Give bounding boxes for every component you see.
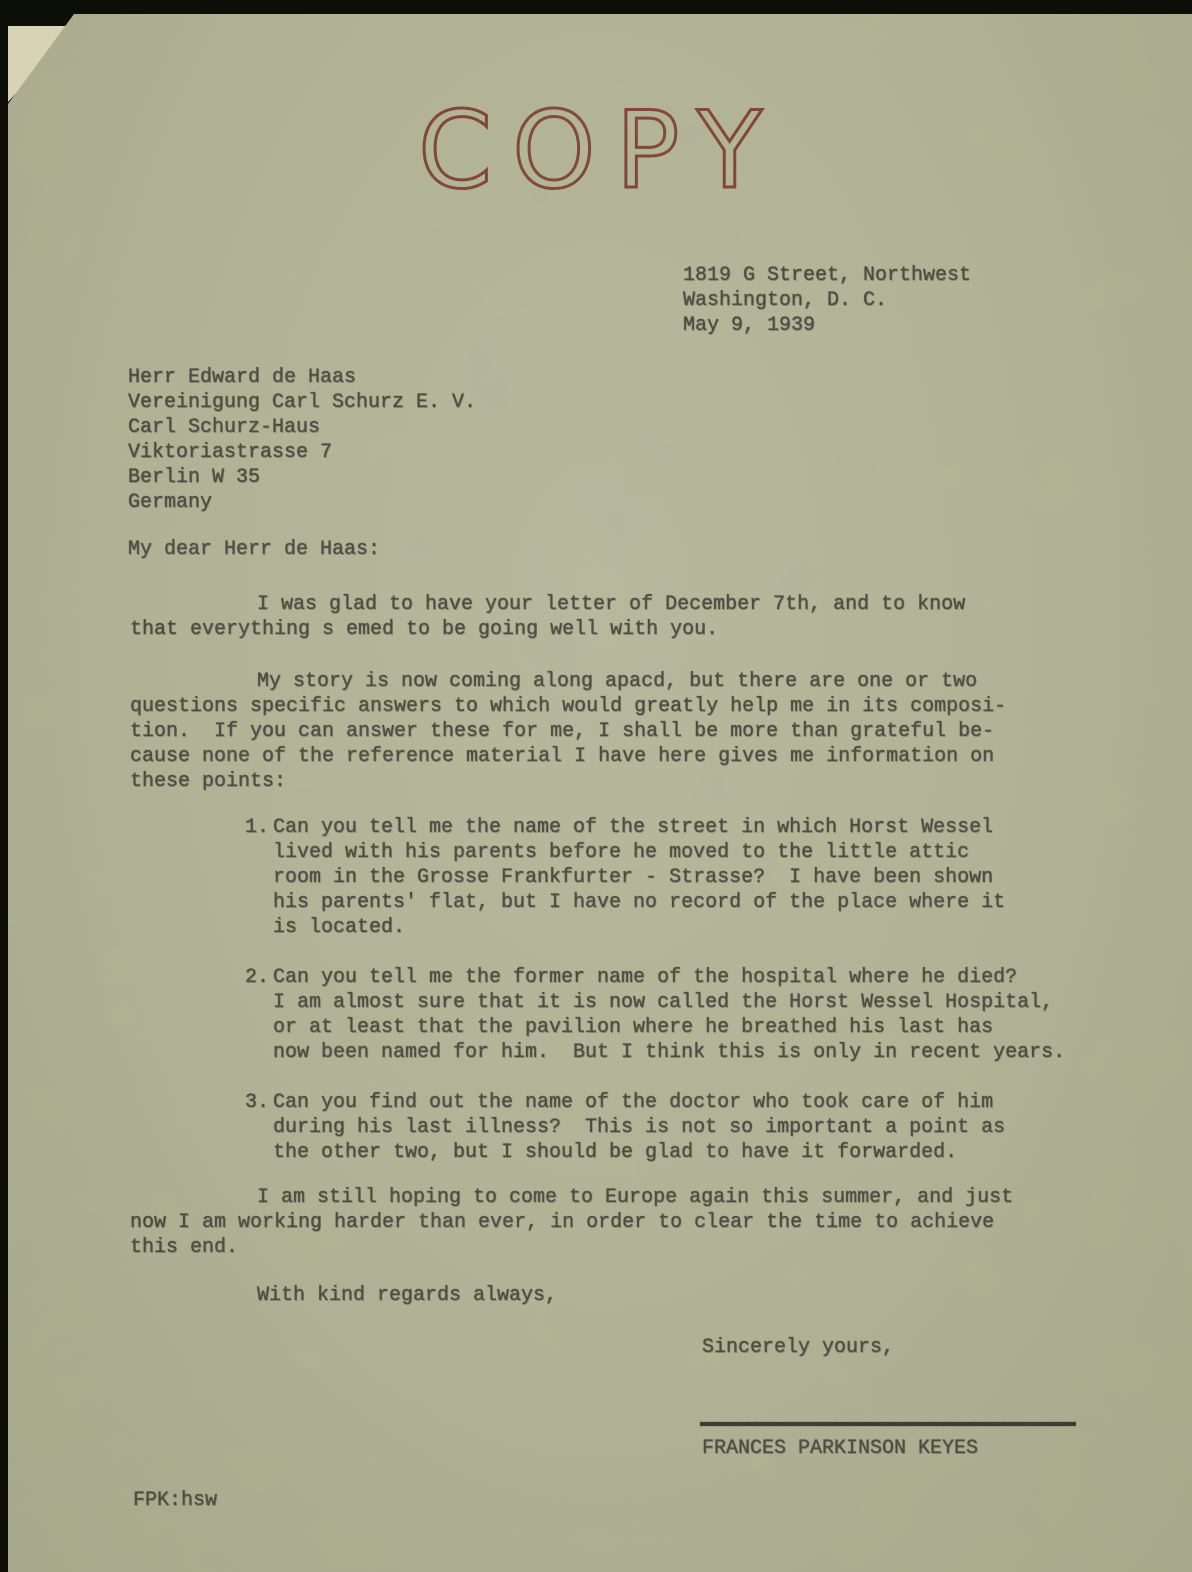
question-text: Can you tell me the name of the street i…: [273, 815, 1105, 940]
scanned-letter: COPY 1819 G Street, Northwest Washington…: [0, 0, 1192, 1572]
sender-address: 1819 G Street, Northwest Washington, D. …: [683, 263, 971, 338]
closing-paragraph: I am still hoping to come to Europe agai…: [130, 1185, 1070, 1260]
copy-stamp: COPY: [8, 98, 1192, 204]
paragraph-2: My story is now coming along apacd, but …: [130, 669, 1070, 794]
question-number: 2.: [245, 965, 269, 990]
regards-line: With kind regards always,: [257, 1283, 557, 1308]
paragraph-1: I was glad to have your letter of Decemb…: [130, 592, 1070, 642]
signature-line: [700, 1422, 1076, 1426]
letter-paper: COPY 1819 G Street, Northwest Washington…: [8, 14, 1192, 1572]
salutation: My dear Herr de Haas:: [128, 537, 380, 562]
question-item-2: 2. Can you tell me the former name of th…: [245, 965, 1105, 1065]
question-item-1: 1. Can you tell me the name of the stree…: [245, 815, 1105, 940]
question-text: Can you find out the name of the doctor …: [273, 1090, 1105, 1165]
recipient-address: Herr Edward de Haas Vereinigung Carl Sch…: [128, 365, 476, 515]
signed-name: FRANCES PARKINSON KEYES: [702, 1436, 978, 1461]
question-number: 3.: [245, 1090, 269, 1115]
question-number: 1.: [245, 815, 269, 840]
question-item-3: 3. Can you find out the name of the doct…: [245, 1090, 1105, 1165]
reference-initials: FPK:hsw: [133, 1488, 217, 1513]
question-text: Can you tell me the former name of the h…: [273, 965, 1105, 1065]
valediction: Sincerely yours,: [702, 1335, 894, 1360]
